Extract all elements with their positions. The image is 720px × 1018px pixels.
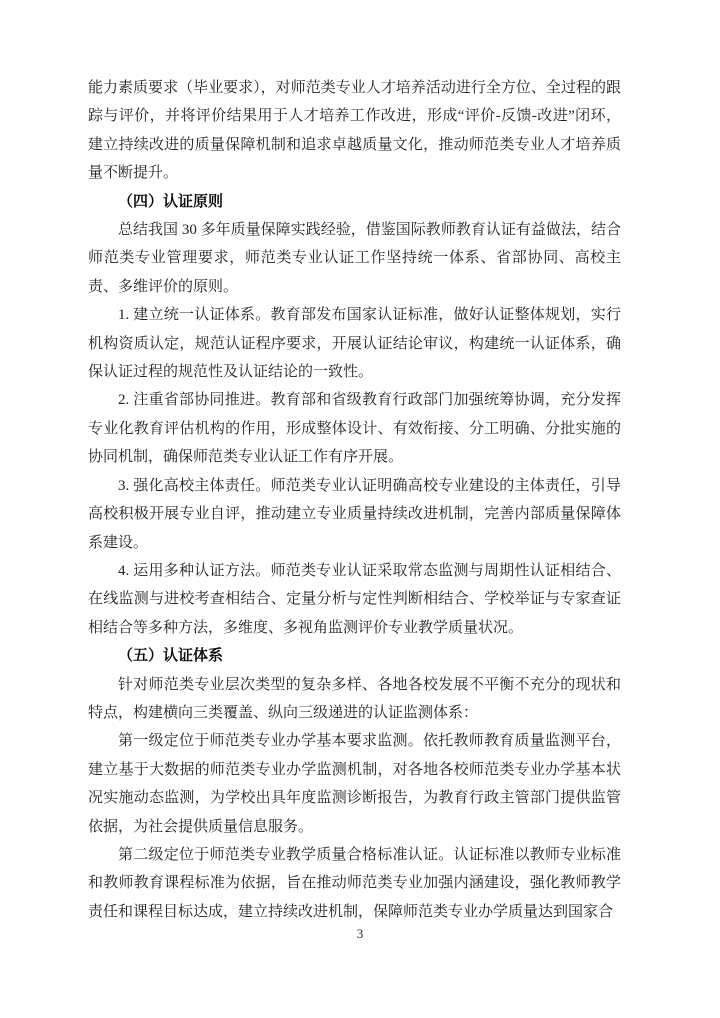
paragraph-principles-intro: 总结我国 30 多年质量保障实践经验，借鉴国际教师教育认证有益做法，结合师范类专…	[88, 216, 621, 301]
page-number: 3	[0, 925, 720, 943]
section-heading-principles: （四）认证原则	[88, 188, 621, 216]
document-page: 能力素质要求（毕业要求），对师范类专业人才培养活动进行全方位、全过程的跟踪与评价…	[0, 0, 720, 1018]
paragraph-continued: 能力素质要求（毕业要求），对师范类专业人才培养活动进行全方位、全过程的跟踪与评价…	[88, 74, 621, 188]
paragraph-principle-1: 1. 建立统一认证体系。教育部发布国家认证标准，做好认证整体规划，实行机构资质认…	[88, 301, 621, 386]
paragraph-level-2: 第二级定位于师范类专业教学质量合格标准认证。认证标准以教师专业标准和教师教育课程…	[88, 841, 621, 926]
paragraph-principle-3: 3. 强化高校主体责任。师范类专业认证明确高校专业建设的主体责任，引导高校积极开…	[88, 472, 621, 557]
paragraph-level-1: 第一级定位于师范类专业办学基本要求监测。依托教师教育质量监测平台，建立基于大数据…	[88, 727, 621, 841]
section-heading-system: （五）认证体系	[88, 642, 621, 670]
paragraph-principle-4: 4. 运用多种认证方法。师范类专业认证采取常态监测与周期性认证相结合、在线监测与…	[88, 557, 621, 642]
document-body: 能力素质要求（毕业要求），对师范类专业人才培养活动进行全方位、全过程的跟踪与评价…	[88, 74, 621, 926]
paragraph-principle-2: 2. 注重省部协同推进。教育部和省级教育行政部门加强统筹协调，充分发挥专业化教育…	[88, 386, 621, 471]
paragraph-system-intro: 针对师范类专业层次类型的复杂多样、各地各校发展不平衡不充分的现状和特点，构建横向…	[88, 671, 621, 728]
